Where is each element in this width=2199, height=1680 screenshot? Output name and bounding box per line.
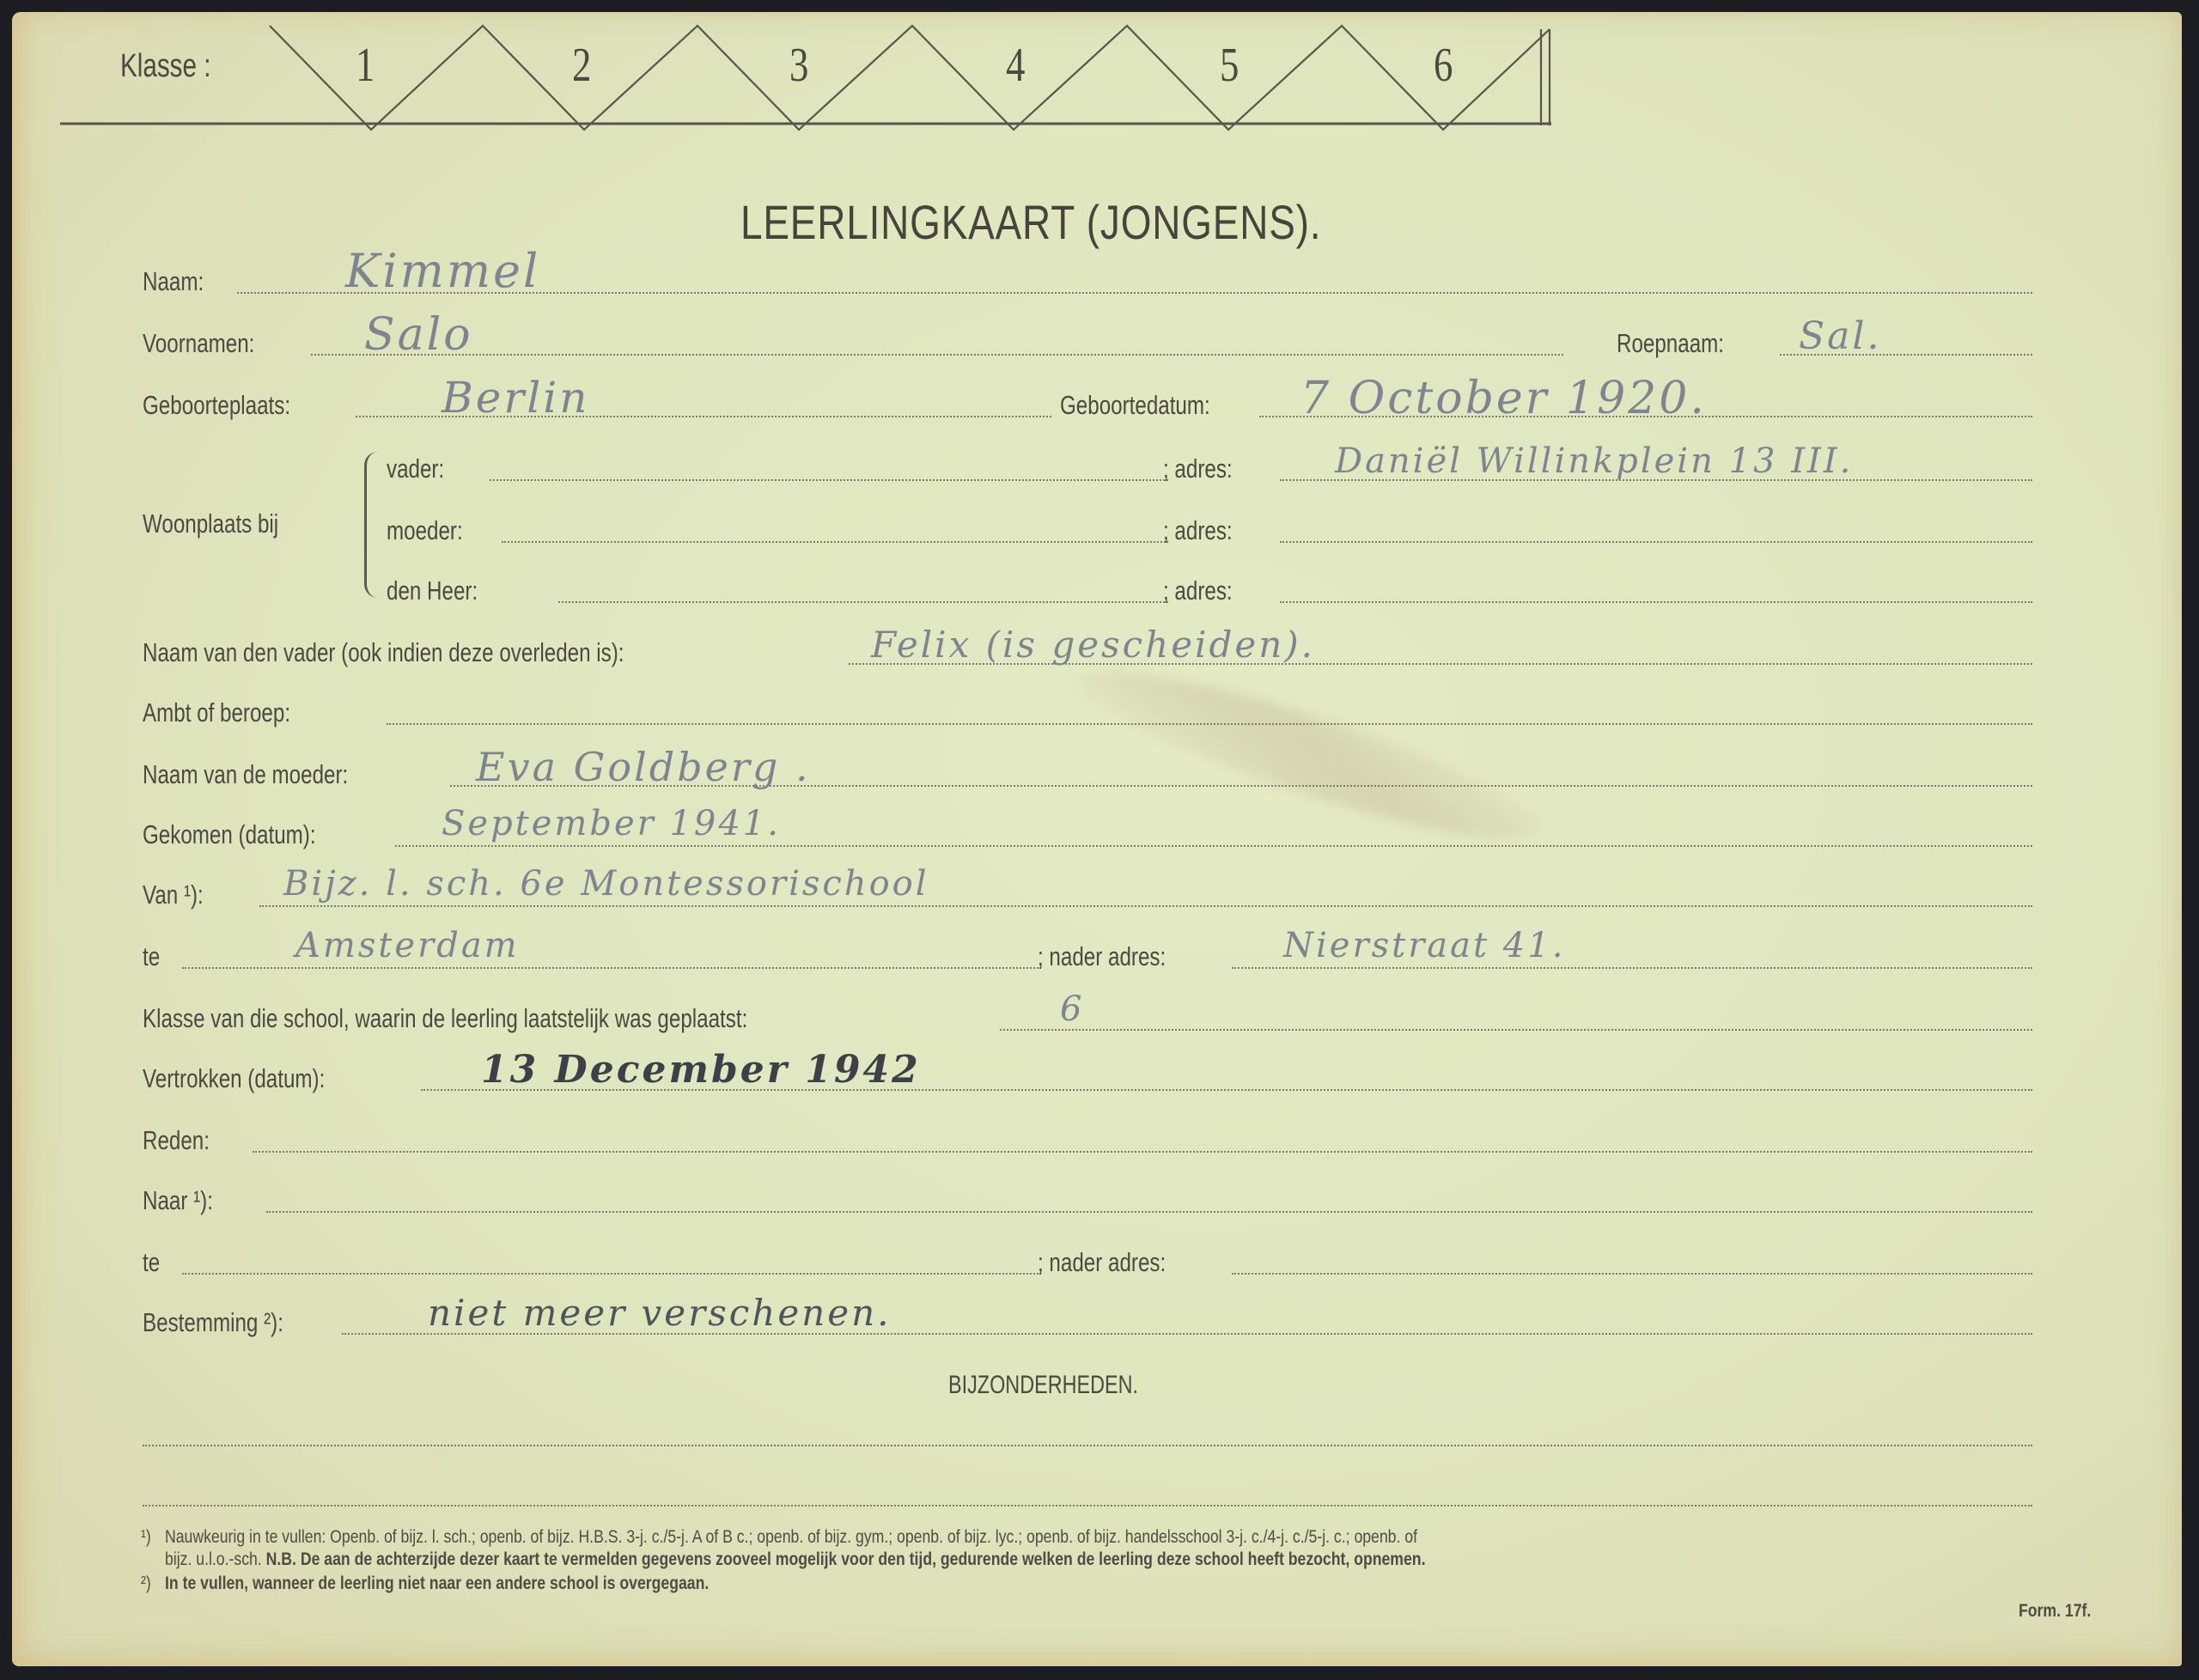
woonplaats-heer-line bbox=[558, 601, 1168, 603]
van-value[interactable]: Bijz. l. sch. 6e Montessorischool bbox=[283, 864, 929, 904]
woonplaats-heer-adres-label: ; adres: bbox=[1163, 575, 1233, 606]
geboorteplaats-value[interactable]: Berlin bbox=[442, 373, 589, 423]
te-van-line bbox=[182, 967, 1041, 969]
te-naar-line bbox=[182, 1273, 1041, 1275]
roepnaam-label: Roepnaam: bbox=[1617, 328, 1724, 359]
te-naar-nader-line bbox=[1232, 1273, 2032, 1275]
klasse-number-1[interactable]: 1 bbox=[356, 38, 375, 93]
woonplaats-vader-adres-value[interactable]: Daniël Willinkplein 13 III. bbox=[1335, 441, 1853, 481]
woonplaats-moeder-line bbox=[502, 541, 1168, 543]
te-van-nader-label: ; nader adres: bbox=[1038, 941, 1166, 972]
vertrokken-value[interactable]: 13 December 1942 bbox=[481, 1048, 921, 1092]
vertrokken-label: Vertrokken (datum): bbox=[143, 1063, 325, 1094]
te-van-nader-value[interactable]: Nierstraat 41. bbox=[1283, 926, 1565, 965]
te-van-value[interactable]: Amsterdam bbox=[295, 926, 520, 965]
footnote-1-line-2-plain: bijz. u.l.o.-sch. bbox=[165, 1549, 262, 1569]
ambt-label: Ambt of beroep: bbox=[143, 697, 290, 728]
bestemming-label: Bestemming ²): bbox=[143, 1307, 283, 1338]
reden-label: Reden: bbox=[143, 1125, 210, 1156]
klasse-number-3[interactable]: 3 bbox=[789, 38, 808, 93]
woonplaats-moeder-adres-label: ; adres: bbox=[1163, 515, 1233, 546]
klasse-number-4[interactable]: 4 bbox=[1006, 38, 1025, 93]
roepnaam-value[interactable]: Sal. bbox=[1799, 314, 1881, 358]
footnote-1-line-2-bold: N.B. De aan de achterzijde dezer kaart t… bbox=[266, 1549, 1426, 1569]
footnote-2-text: In te vullen, wanneer de leerling niet n… bbox=[165, 1573, 709, 1594]
woonplaats-label: Woonplaats bij bbox=[143, 508, 278, 539]
voornamen-value[interactable]: Salo bbox=[364, 309, 473, 361]
van-label: Van ¹): bbox=[143, 880, 204, 910]
footnote-1-line-2: bijz. u.l.o.-sch. N.B. De aan de achterz… bbox=[165, 1549, 1425, 1570]
footnote-2-marker: ²) bbox=[141, 1573, 151, 1594]
woonplaats-heer-label: den Heer: bbox=[387, 575, 478, 606]
woonplaats-vader-line bbox=[490, 479, 1168, 481]
bestemming-value[interactable]: niet meer verschenen. bbox=[428, 1292, 891, 1334]
te-van-label: te bbox=[143, 941, 160, 972]
te-naar-nader-label: ; nader adres: bbox=[1038, 1247, 1166, 1278]
form-number: Form. 17f. bbox=[2019, 1601, 2091, 1622]
ambt-line bbox=[387, 723, 2032, 725]
gekomen-line bbox=[395, 845, 2032, 847]
te-naar-label: te bbox=[143, 1247, 160, 1278]
te-van-nader-line bbox=[1232, 967, 2032, 969]
klasse-school-line bbox=[1000, 1029, 2032, 1031]
naam-moeder-value[interactable]: Eva Goldberg . bbox=[476, 744, 811, 790]
klasse-zigzag-grid bbox=[12, 12, 1558, 141]
geboortedatum-value[interactable]: 7 October 1920. bbox=[1301, 373, 1707, 424]
woonplaats-vader-label: vader: bbox=[387, 453, 444, 484]
reden-line bbox=[253, 1151, 2032, 1153]
naam-value[interactable]: Kimmel bbox=[345, 244, 540, 298]
klasse-number-6[interactable]: 6 bbox=[1434, 38, 1453, 93]
naam-vader-label: Naam van den vader (ook indien deze over… bbox=[143, 637, 624, 668]
footnote-1-marker: ¹) bbox=[141, 1527, 151, 1548]
woonplaats-vader-adres-label: ; adres: bbox=[1163, 453, 1233, 484]
klasse-number-2[interactable]: 2 bbox=[572, 38, 591, 93]
bijzonderheden-line-2 bbox=[143, 1505, 2032, 1507]
bijzonderheden-heading: BIJZONDERHEDEN. bbox=[948, 1371, 1138, 1400]
woonplaats-brace bbox=[364, 452, 379, 598]
gekomen-label: Gekomen (datum): bbox=[143, 819, 316, 850]
naam-moeder-label: Naam van de moeder: bbox=[143, 759, 348, 790]
voornamen-line bbox=[311, 354, 1563, 356]
klasse-school-label: Klasse van die school, waarin de leerlin… bbox=[143, 1003, 747, 1034]
voornamen-label: Voornamen: bbox=[143, 328, 254, 359]
woonplaats-moeder-adres-line bbox=[1280, 541, 2032, 543]
woonplaats-moeder-label: moeder: bbox=[387, 515, 463, 546]
card-title: LEERLINGKAART (JONGENS). bbox=[740, 194, 1321, 250]
klasse-school-value[interactable]: 6 bbox=[1060, 989, 1084, 1029]
naam-label: Naam: bbox=[143, 266, 204, 297]
bijzonderheden-line-1 bbox=[143, 1445, 2032, 1446]
woonplaats-heer-adres-line bbox=[1280, 601, 2032, 603]
gekomen-value[interactable]: September 1941. bbox=[442, 804, 781, 843]
klasse-label: Klasse : bbox=[120, 48, 210, 85]
student-record-card: Klasse : 1 2 3 4 5 6 LEERLINGKAART (JONG… bbox=[12, 12, 2182, 1666]
van-line bbox=[259, 905, 2032, 907]
geboortedatum-label: Geboortedatum: bbox=[1060, 390, 1210, 421]
naar-label: Naar ¹): bbox=[143, 1185, 213, 1216]
naam-vader-value[interactable]: Felix (is gescheiden). bbox=[871, 624, 1315, 666]
geboorteplaats-label: Geboorteplaats: bbox=[143, 390, 290, 421]
klasse-number-5[interactable]: 5 bbox=[1220, 38, 1239, 93]
naar-line bbox=[266, 1211, 2032, 1213]
paper-stain bbox=[1069, 644, 1550, 867]
footnote-1-line-1: Nauwkeurig in te vullen: Openb. of bijz.… bbox=[165, 1527, 1417, 1548]
